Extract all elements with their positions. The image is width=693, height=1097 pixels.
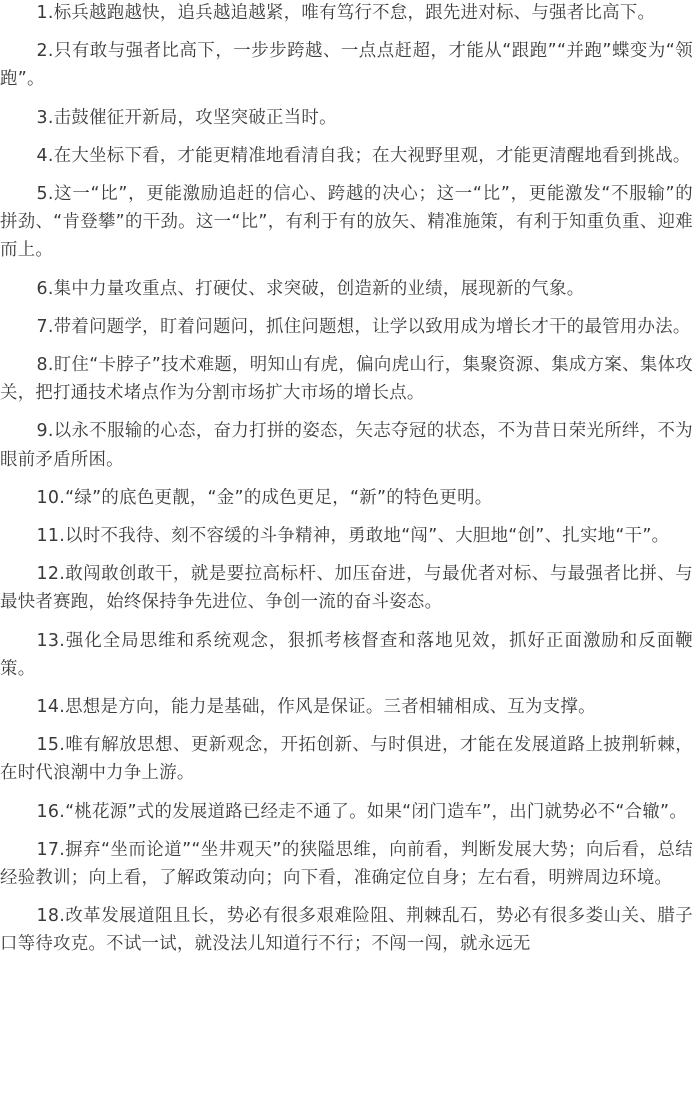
- paragraph-17: 17.摒弃“坐而论道”“坐井观天”的狭隘思维，向前看，判断发展大势；向后看，总结…: [0, 836, 693, 892]
- paragraph-7: 7.带着问题学，盯着问题问，抓住问题想，让学以致用成为增长才干的最管用办法。: [0, 313, 693, 341]
- paragraph-2: 2.只有敢与强者比高下，一步步跨越、一点点赶超，才能从“跟跑”“并跑”蝶变为“领…: [0, 37, 693, 93]
- paragraph-9: 9.以永不服输的心态，奋力打拼的姿态，矢志夺冠的状态，不为昔日荣光所绊，不为眼前…: [0, 417, 693, 473]
- paragraph-5: 5.这一“比”，更能激励追赶的信心、跨越的决心；这一“比”，更能激发“不服输”的…: [0, 180, 693, 265]
- paragraph-11: 11.以时不我待、刻不容缓的斗争精神，勇敢地“闯”、大胆地“创”、扎实地“干”。: [0, 522, 693, 550]
- paragraph-6: 6.集中力量攻重点、打硬仗、求突破，创造新的业绩，展现新的气象。: [0, 275, 693, 303]
- paragraph-8: 8.盯住“卡脖子”技术难题，明知山有虎，偏向虎山行，集聚资源、集成方案、集体攻关…: [0, 351, 693, 407]
- paragraph-12: 12.敢闯敢创敢干，就是要拉高标杆、加压奋进，与最优者对标、与最强者比拼、与最快…: [0, 560, 693, 616]
- paragraph-4: 4.在大坐标下看，才能更精准地看清自我；在大视野里观，才能更清醒地看到挑战。: [0, 142, 693, 170]
- paragraph-18: 18.改革发展道阻且长，势必有很多艰难险阻、荆棘乱石，势必有很多娄山关、腊子口等…: [0, 902, 693, 958]
- paragraph-3: 3.击鼓催征开新局，攻坚突破正当时。: [0, 104, 693, 132]
- paragraph-10: 10.“绿”的底色更靓，“金”的成色更足，“新”的特色更明。: [0, 484, 693, 512]
- article-body: 1.标兵越跑越快，追兵越追越紧，唯有笃行不怠，跟先进对标、与强者比高下。 2.只…: [0, 0, 693, 959]
- paragraph-13: 13.强化全局思维和系统观念，狠抓考核督查和落地见效，抓好正面激励和反面鞭策。: [0, 627, 693, 683]
- paragraph-1: 1.标兵越跑越快，追兵越追越紧，唯有笃行不怠，跟先进对标、与强者比高下。: [0, 0, 693, 27]
- paragraph-14: 14.思想是方向，能力是基础，作风是保证。三者相辅相成、互为支撑。: [0, 693, 693, 721]
- paragraph-16: 16.“桃花源”式的发展道路已经走不通了。如果“闭门造车”，出门就势必不“合辙”…: [0, 798, 693, 826]
- paragraph-15: 15.唯有解放思想、更新观念，开拓创新、与时俱进，才能在发展道路上披荆斩棘，在时…: [0, 731, 693, 787]
